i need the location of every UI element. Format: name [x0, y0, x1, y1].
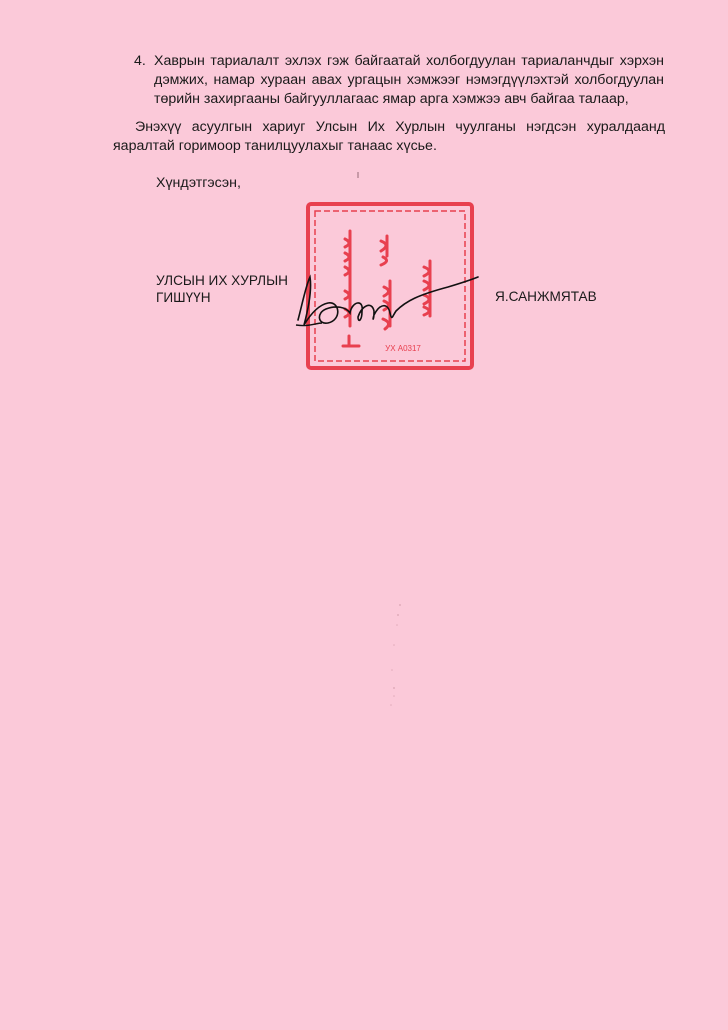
signatory-title-line1: УЛСЫН ИХ ХУРЛЫН [156, 272, 288, 289]
svg-text:УХ А0317: УХ А0317 [385, 344, 421, 353]
list-item-4: 4. Хаврын тариалалт эхлэх гэж байгаатай … [134, 52, 664, 109]
list-item-number: 4. [134, 52, 146, 71]
document-page: 4. Хаврын тариалалт эхлэх гэж байгаатай … [0, 0, 728, 1030]
signatory-title: УЛСЫН ИХ ХУРЛЫН ГИШҮҮН [156, 272, 288, 306]
closing-paragraph: Энэхүү асуулгын хариуг Улсын Их Хурлын ч… [113, 118, 665, 156]
handwritten-signature [288, 265, 488, 340]
signatory-name: Я.САНЖМЯТАВ [495, 289, 597, 304]
signatory-title-line2: ГИШҮҮН [156, 289, 288, 306]
paper-stain [370, 600, 410, 720]
greeting: Хүндэтгэсэн, [156, 174, 241, 193]
paper-speck [357, 172, 359, 178]
list-item-text: Хаврын тариалалт эхлэх гэж байгаатай хол… [154, 52, 664, 109]
